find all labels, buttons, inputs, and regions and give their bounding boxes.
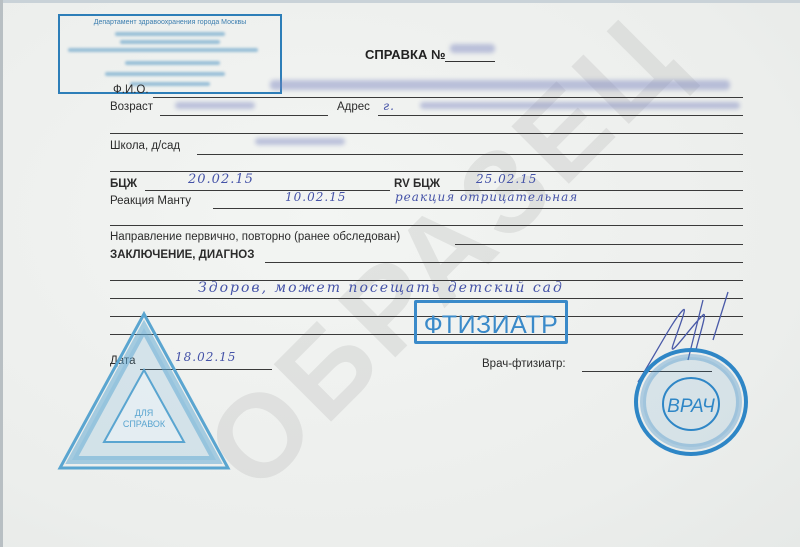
rv-bcg-value: 25.02.15 xyxy=(476,172,537,186)
mantoux-line[interactable] xyxy=(213,208,743,209)
round-doctor-stamp: ВРАЧ xyxy=(632,346,750,458)
page-left-edge xyxy=(0,0,3,547)
triangle-stamp-line2: СПРАВОК xyxy=(123,419,166,429)
mantoux-label: Реакция Манту xyxy=(110,195,191,207)
certificate-number-line xyxy=(445,61,495,62)
address-label: Адрес xyxy=(337,101,370,113)
direction-line[interactable] xyxy=(455,244,743,245)
redacted-number xyxy=(450,44,495,53)
redacted-line xyxy=(125,61,220,65)
school-line[interactable] xyxy=(197,154,743,155)
bcg-line[interactable] xyxy=(145,190,390,191)
redacted-line xyxy=(120,40,220,44)
round-stamp-text: ВРАЧ xyxy=(667,396,715,417)
department-name: Департамент здравоохранения города Москв… xyxy=(60,19,280,26)
mantoux-date: 10.02.15 xyxy=(285,190,346,204)
redacted-age xyxy=(175,102,255,109)
rv-bcg-label: RV БЦЖ xyxy=(394,178,440,190)
document-title: СПРАВКА № xyxy=(365,47,445,62)
mantoux-result: реакция отрицательная xyxy=(395,190,578,204)
page-top-edge xyxy=(0,0,800,3)
school-label: Школа, д/сад xyxy=(110,140,180,152)
mantoux-line-2[interactable] xyxy=(110,225,743,226)
certificate-page: ОБРАЗЕЦ Департамент здравоохранения горо… xyxy=(0,0,800,547)
bcg-label: БЦЖ xyxy=(110,178,137,190)
age-line[interactable] xyxy=(160,115,328,116)
doctor-label: Врач-фтизиатр: xyxy=(482,358,566,370)
redacted-line xyxy=(115,32,225,36)
conclusion-label: ЗАКЛЮЧЕНИЕ, ДИАГНОЗ xyxy=(110,249,254,261)
triangle-stamp: ДЛЯ СПРАВОК xyxy=(56,310,232,472)
address-line-2[interactable] xyxy=(110,133,743,134)
fio-line[interactable] xyxy=(153,97,743,98)
direction-label: Направление первично, повторно (ранее об… xyxy=(110,231,400,243)
triangle-stamp-line1: ДЛЯ xyxy=(135,408,154,418)
address-value: г. xyxy=(383,99,395,113)
address-line[interactable] xyxy=(378,115,743,116)
department-header-stamp: Департамент здравоохранения города Москв… xyxy=(58,14,282,94)
redacted-address xyxy=(420,102,740,109)
fio-label: Ф.И.О. xyxy=(113,84,149,96)
specialty-stamp: ФТИЗИАТР xyxy=(414,300,568,344)
conclusion-line[interactable] xyxy=(265,262,743,263)
conclusion-value: Здоров, может посещать детский сад xyxy=(198,280,564,296)
age-label: Возраст xyxy=(110,101,153,113)
redacted-line xyxy=(68,48,258,52)
redacted-fio xyxy=(270,80,730,90)
redacted-line xyxy=(105,72,225,76)
bcg-value: 20.02.15 xyxy=(188,172,254,187)
redacted-school xyxy=(255,138,345,145)
